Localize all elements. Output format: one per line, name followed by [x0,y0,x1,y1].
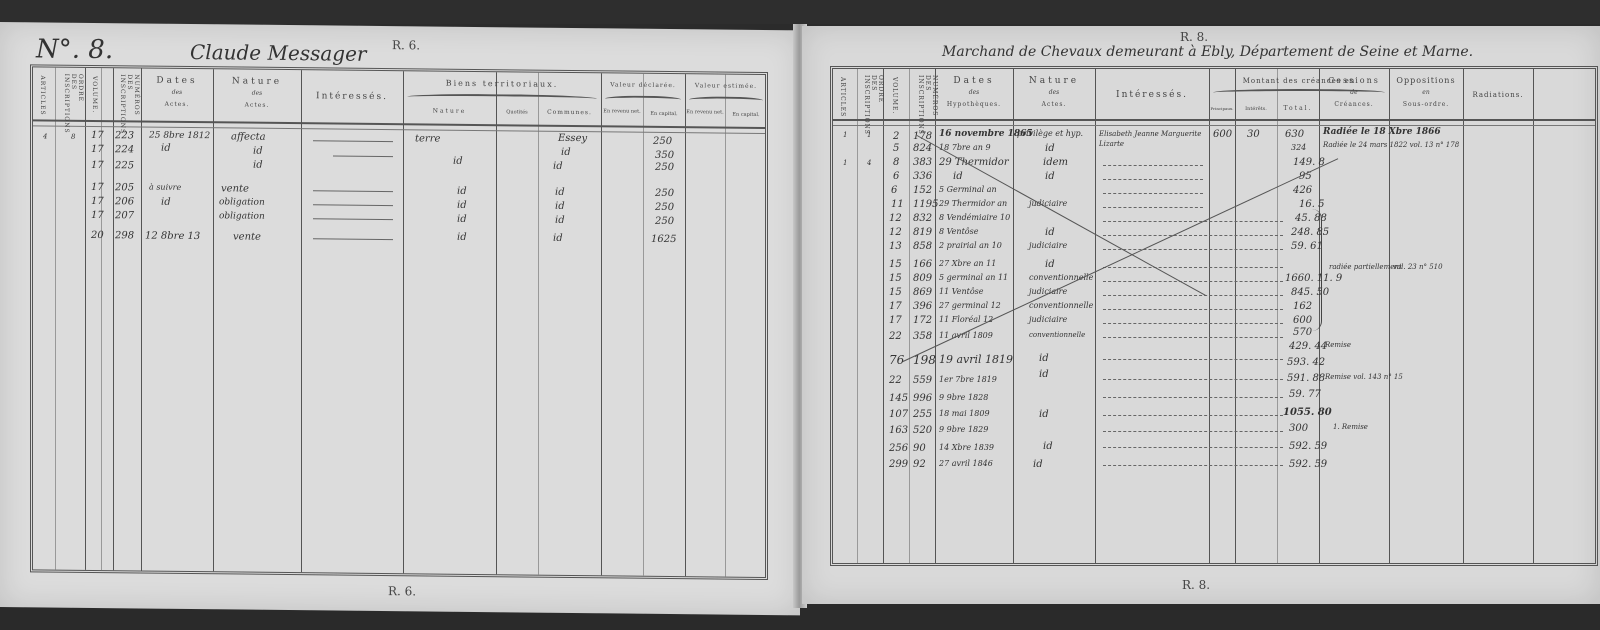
cell-numero: 224 [115,144,134,155]
cell-volume: 20 [91,230,104,241]
cell-cession: Remise [1325,341,1351,349]
cell-volume: 17 [889,301,902,312]
header-nature: Nature des Actes. [1013,75,1095,111]
header-ve-capital: En capital. [725,109,767,121]
cell-volume: 22 [889,331,902,342]
cell-numero: 92 [913,459,926,470]
cell-date: à suivre [149,183,181,192]
cell-date: 11 Ventôse [939,287,984,296]
cell-volume: 17 [91,144,104,155]
cell-date: 27 avril 1846 [939,459,993,468]
cell-cession: Remise vol. 143 n° 15 [1325,373,1403,381]
cell-nature: affecta [231,131,266,142]
cell-volume: 11 [891,199,904,210]
cell-total: 592. 59 [1289,441,1327,452]
right-register-table: Articles Ordre des inscriptions Volume. … [830,66,1598,566]
cell-capital: 1625 [651,234,676,245]
cell-date: 25 8bre 1812 [149,131,210,142]
cell-articles: 4 [43,132,47,140]
cell-date: id [953,171,963,182]
cell-numero: 172 [913,315,932,326]
page-marker-top: R. 6. [392,38,420,52]
left-register-table: Articles Ordre des inscriptions Volume. … [30,64,768,580]
cell-communes: id [555,215,565,226]
cell-date: 5 germinal an 11 [939,273,1008,282]
cell-total: 592. 59 [1289,459,1327,470]
cell-volume: 15 [889,259,902,270]
cell-nature: id [1045,227,1055,238]
header-volume: Volume. [891,77,898,117]
owner-description: Marchand de Chevaux demeurant à Ebly, Dé… [942,44,1473,60]
header-interets: Intérêts. [1235,103,1277,115]
cell-volume: 17 [889,315,902,326]
cell-volume: 6 [891,185,897,196]
cell-capital: 350 [655,150,674,161]
cell-biens-nature: id [457,200,467,211]
cell-numero: 255 [913,409,932,420]
cell-total: 593. 42 [1287,357,1325,368]
cell-total: 630 [1285,129,1304,140]
cell-total: 426 [1293,185,1312,196]
cell-capital: 250 [655,216,674,227]
cell-biens-nature: id [457,232,467,243]
cell-volume: 107 [889,409,908,420]
cell-date: 1er 7bre 1819 [939,375,997,384]
cell-numero: 869 [913,287,932,298]
header-biens-quotite: Quotités [496,106,538,118]
cell-numero: 1195 [913,199,938,210]
cell-biens-nature: id [453,156,463,167]
header-biens-territoriaux: Biens territoriaux. [403,77,601,91]
cell-volume: 17 [91,160,104,171]
cell-communes: id [561,147,571,158]
cell-volume: 5 [893,143,899,154]
cell-date: 18 mai 1809 [939,409,990,418]
cell-date: 27 germinal 12 [939,301,1001,310]
cell-numero: 152 [913,185,932,196]
cell-total: 324 [1291,143,1306,152]
cell-volume: 8 [893,157,899,168]
header-valeur-declaree: Valeur déclarée. [601,79,685,92]
header-articles: Articles [839,77,846,117]
cell-numero: 832 [913,213,932,224]
cell-interesses: Elisabeth Jeanne Marguerite Lizarte [1099,129,1207,149]
cell-numero: 336 [913,171,932,182]
cell-total: 429. 44 [1289,341,1327,352]
cell-numero: 358 [913,331,932,342]
cell-nature: vente [233,231,261,242]
cell-volume: 13 [889,241,902,252]
page-marker-top: R. 8. [1180,30,1208,44]
cell-total: 59. 77 [1289,389,1321,400]
cell-nature: conventionnelle [1029,301,1093,310]
cell-nature: obligation [219,211,265,221]
cell-date: 9 9bre 1828 [939,393,988,402]
cell-communes: Essey [558,133,587,144]
cell-nature: id [253,146,263,157]
cell-nature: id [253,160,263,171]
cell-volume: 22 [889,375,902,386]
cell-volume: 12 [889,227,902,238]
cell-total: 162 [1293,301,1312,312]
header-ordre: Ordre des inscriptions [863,75,884,119]
cell-volume: 145 [889,393,908,404]
cell-volume: 299 [889,459,908,470]
cell-numero: 207 [115,210,134,221]
cell-nature: id [1033,459,1043,470]
left-page: N°. 8. Claude Messager R. 6. R. 6. Artic… [0,22,800,615]
cell-numero: 819 [913,227,932,238]
grouping-brace [1311,209,1322,331]
cell-numero: 298 [115,230,134,241]
cell-cession: 1. Remise [1333,423,1368,431]
cell-numero: 225 [115,160,134,171]
cell-volume: 12 [889,213,902,224]
register-number: N°. 8. [36,34,113,65]
cell-date: id [161,197,171,208]
cell-nature: id [1045,143,1055,154]
cell-numero: 809 [913,273,932,284]
cell-volume: 15 [889,273,902,284]
cell-biens-nature: id [457,214,467,225]
cell-total: 600 [1293,315,1312,326]
cell-volume: 17 [91,130,104,141]
cell-numero: 223 [115,130,134,141]
header-nature: Nature des Actes. [213,75,301,112]
header-articles: Articles [39,75,46,115]
header-vd-revenu: En revenu net. [601,105,643,117]
header-biens-nature: Nature [403,105,496,118]
cell-volume: 2 [893,131,899,142]
cell-nature: id [1039,353,1049,364]
cell-cession: Radiée le 18 Xbre 1866 [1323,127,1441,137]
cell-numero: 383 [913,157,932,168]
header-radiations: Radiations. [1463,89,1533,101]
cell-numero: 205 [115,182,134,193]
cell-biens-nature: terre [415,133,440,144]
cell-date: 14 Xbre 1839 [939,443,994,452]
cell-volume: 17 [91,196,104,207]
cell-numero: 396 [913,301,932,312]
header-volume: Volume. [91,76,98,116]
header-cessions: Cessions de Créances. [1319,75,1389,111]
cell-date: 27 Xbre an 11 [939,259,996,268]
cell-communes: id [553,161,563,172]
cell-date: 8 Vendémiaire 10 [939,213,1010,222]
cell-communes: id [555,201,565,212]
cell-volume: 17 [91,182,104,193]
cell-nature: vente [221,183,249,194]
cell-communes: id [553,233,563,244]
header-principaux: Principaux. [1209,103,1235,115]
cell-cession: Radiée le 24 mars 1822 vol. 13 n° 178 [1323,141,1459,149]
cell-interets: 30 [1247,129,1260,140]
page-marker-bottom: R. 8. [1182,578,1210,592]
cell-date: 5 Germinal an [939,185,997,194]
cell-volume: 256 [889,443,908,454]
cell-nature: id [1045,259,1055,270]
cell-biens-nature: id [457,186,467,197]
cell-nature: conventionnelle [1029,331,1085,339]
header-vd-capital: En capital. [643,108,685,120]
cell-capital: 250 [655,202,674,213]
cell-numero: 90 [913,443,926,454]
cell-capital: 250 [653,136,672,147]
header-interesses: Intéressés. [1095,89,1209,101]
cell-capital: 250 [655,162,674,173]
cell-numero: 166 [913,259,932,270]
cell-numero: 858 [913,241,932,252]
cell-articles: 1 [843,131,847,139]
header-numeros: Numéros des inscriptions [119,74,140,118]
cell-nature: judiciaire [1029,315,1067,324]
cell-ordre: 8 [71,133,75,141]
cell-volume: 15 [889,287,902,298]
cell-numero: 206 [115,196,134,207]
cell-ordre: 4 [867,159,871,167]
cell-ordre: 1 [867,131,871,139]
cell-date: 2 prairial an 10 [939,241,1002,250]
right-page: Marchand de Chevaux demeurant à Ebly, Dé… [802,26,1600,604]
cell-articles: 1 [843,159,847,167]
cell-date: 9 9bre 1829 [939,425,988,434]
cell-date: id [161,143,171,154]
header-dates: Dates des Actes. [141,74,213,111]
cell-capital: 250 [655,188,674,199]
cell-numero: 178 [913,131,932,142]
header-valeur-estimee: Valeur estimée. [685,80,767,93]
header-oppositions: Oppositions en Sous-ordre. [1389,75,1463,111]
header-dates: Dates des Hypothèques. [935,75,1013,111]
cell-nature: id [1039,409,1049,420]
cell-numero: 559 [913,375,932,386]
cell-total: 570 [1293,327,1312,338]
cell-date: 19 avril 1819 [939,353,1013,366]
cell-opposition: vol. 23 n° 510 [1393,263,1443,271]
cell-cession: radiée partiellement [1329,263,1402,271]
cell-volume: 6 [893,171,899,182]
cell-nature: judiciaire [1029,287,1067,296]
cell-total: 591. 88 [1287,373,1325,384]
cell-volume: 163 [889,425,908,436]
cell-nature: id [1043,441,1053,452]
cell-numero: 824 [913,143,932,154]
cell-date: 29 Thermidor an [939,199,1007,208]
cell-total: 1055. 80 [1283,407,1332,418]
cell-nature: id [1039,369,1049,380]
cell-numero: 520 [913,425,932,436]
cell-nature: id [1045,171,1055,182]
header-ve-revenu: En revenu net. [685,106,725,118]
cell-nature: privilège et hyp. [1017,129,1083,138]
owner-name: Claude Messager [190,40,366,66]
scan-background-top [0,0,1600,24]
page-marker-bottom: R. 6. [388,584,416,598]
cell-date: 12 8bre 13 [145,231,200,243]
cell-nature: obligation [219,197,265,207]
cell-communes: id [555,187,565,198]
header-biens-communes: Communes. [538,107,601,120]
header-total: Total. [1277,103,1319,115]
cell-numero: 996 [913,393,932,404]
header-interesses: Intéressés. [301,90,403,103]
cell-nature: idem [1043,157,1068,168]
header-ordre: Ordre des inscriptions [63,74,84,118]
cell-principal: 600 [1213,129,1232,140]
cell-total: 300 [1289,423,1308,434]
cell-volume: 17 [91,210,104,221]
cell-date: 8 Ventôse [939,227,978,236]
cell-nature: judiciaire [1029,241,1067,250]
